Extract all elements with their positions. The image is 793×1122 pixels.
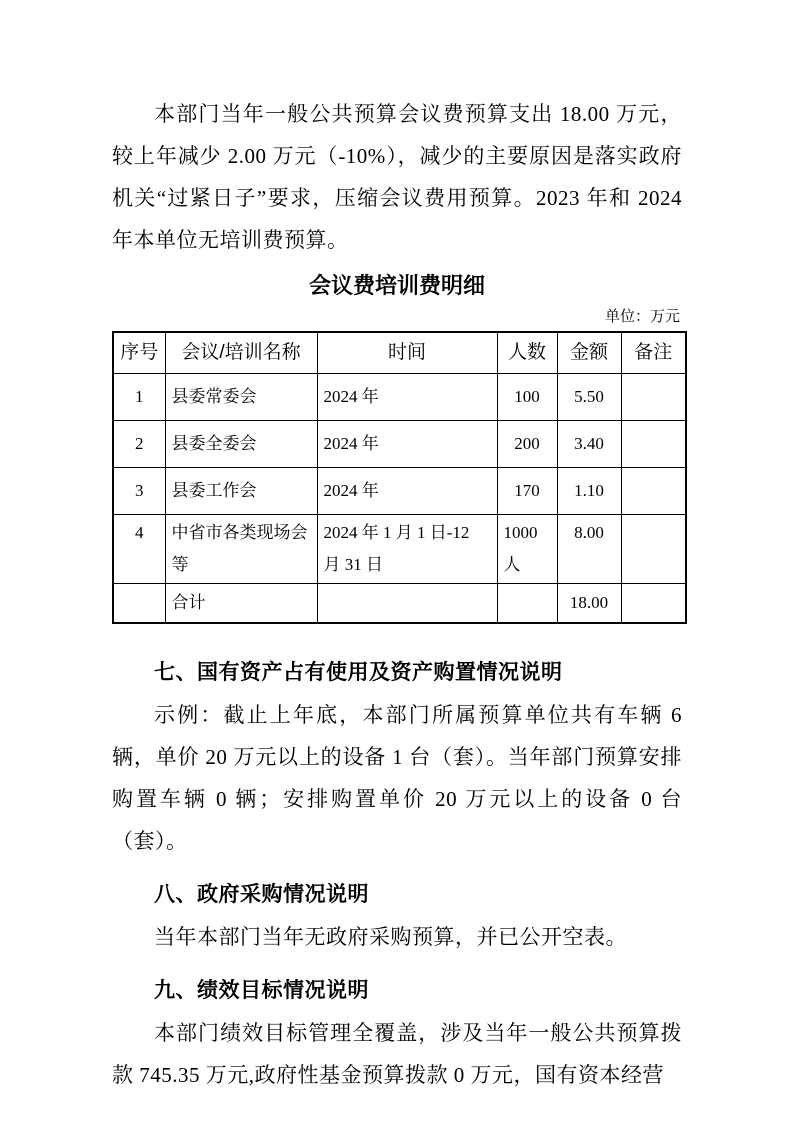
section-9-body: 本部门绩效目标管理全覆盖，涉及当年一般公共预算拨款 745.35 万元,政府性基…	[112, 1012, 682, 1096]
cell-name: 县委常委会	[165, 374, 317, 421]
cell-note	[621, 468, 686, 515]
document-page: 本部门当年一般公共预算会议费预算支出 18.00 万元，较上年减少 2.00 万…	[0, 0, 793, 1122]
table-row: 1 县委常委会 2024 年 100 5.50	[113, 374, 686, 421]
header-cell-amount: 金额	[557, 332, 621, 374]
cell-note	[621, 515, 686, 584]
cell-people: 1000 人	[497, 515, 557, 584]
cell-people: 200	[497, 421, 557, 468]
cell-time: 2024 年	[317, 468, 497, 515]
cell-name: 县委全委会	[165, 421, 317, 468]
cell-name: 县委工作会	[165, 468, 317, 515]
cell-index: 3	[113, 468, 165, 515]
cell-time	[317, 584, 497, 624]
cell-amount: 3.40	[557, 421, 621, 468]
cell-time: 2024 年	[317, 374, 497, 421]
header-cell-time: 时间	[317, 332, 497, 374]
table-title: 会议费培训费明细	[112, 269, 682, 303]
section-9-heading: 九、绩效目标情况说明	[112, 970, 682, 1012]
cell-people: 170	[497, 468, 557, 515]
table-row: 3 县委工作会 2024 年 170 1.10	[113, 468, 686, 515]
table-row: 2 县委全委会 2024 年 200 3.40	[113, 421, 686, 468]
header-cell-people: 人数	[497, 332, 557, 374]
table-row-total: 合计 18.00	[113, 584, 686, 624]
section-7-body: 示例：截止上年底，本部门所属预算单位共有车辆 6 辆，单价 20 万元以上的设备…	[112, 694, 682, 862]
cell-amount: 5.50	[557, 374, 621, 421]
section-8-body: 当年本部门当年无政府采购预算，并已公开空表。	[112, 916, 682, 958]
cell-amount: 1.10	[557, 468, 621, 515]
header-cell-note: 备注	[621, 332, 686, 374]
cell-people: 100	[497, 374, 557, 421]
header-cell-name: 会议/培训名称	[165, 332, 317, 374]
cell-note	[621, 584, 686, 624]
cell-note	[621, 374, 686, 421]
cell-index: 2	[113, 421, 165, 468]
meeting-training-table: 序号 会议/培训名称 时间 人数 金额 备注 1 县委常委会 2024 年 10…	[112, 331, 687, 624]
paragraph-meeting-fee: 本部门当年一般公共预算会议费预算支出 18.00 万元，较上年减少 2.00 万…	[112, 93, 682, 261]
cell-index: 1	[113, 374, 165, 421]
header-cell-index: 序号	[113, 332, 165, 374]
cell-name: 合计	[165, 584, 317, 624]
cell-people	[497, 584, 557, 624]
section-8-heading: 八、政府采购情况说明	[112, 874, 682, 916]
cell-name: 中省市各类现场会等	[165, 515, 317, 584]
cell-index: 4	[113, 515, 165, 584]
cell-note	[621, 421, 686, 468]
cell-amount: 8.00	[557, 515, 621, 584]
cell-time: 2024 年 1 月 1 日-12 月 31 日	[317, 515, 497, 584]
section-7-heading: 七、国有资产占有使用及资产购置情况说明	[112, 652, 682, 694]
table-row: 4 中省市各类现场会等 2024 年 1 月 1 日-12 月 31 日 100…	[113, 515, 686, 584]
unit-note: 单位：万元	[112, 305, 680, 329]
cell-amount: 18.00	[557, 584, 621, 624]
cell-index	[113, 584, 165, 624]
cell-time: 2024 年	[317, 421, 497, 468]
table-header-row: 序号 会议/培训名称 时间 人数 金额 备注	[113, 332, 686, 374]
